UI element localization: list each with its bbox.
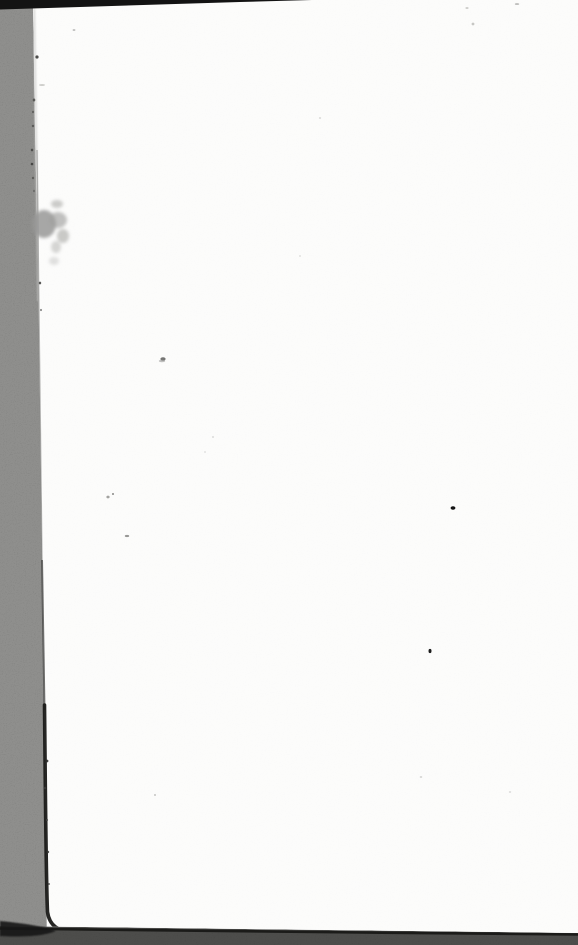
dust-speck: [154, 794, 156, 796]
scan-image: [0, 0, 578, 945]
dust-speck: [465, 7, 468, 9]
dust-speck: [35, 55, 38, 58]
dust-speck: [39, 84, 45, 86]
dust-speck: [204, 451, 206, 453]
dust-speck: [509, 791, 511, 793]
dust-speck: [429, 649, 432, 653]
dust-speck: [212, 436, 214, 438]
dust-speck: [33, 190, 35, 192]
dust-speck: [472, 23, 475, 26]
dust-speck: [515, 3, 519, 5]
dust-speck: [40, 309, 42, 311]
dust-speck: [106, 496, 109, 499]
dust-speck: [125, 535, 129, 537]
paper-texture: [0, 0, 578, 945]
dust-speck: [299, 255, 301, 257]
dust-speck: [451, 506, 456, 509]
dust-speck: [319, 117, 321, 119]
dust-speck: [32, 125, 34, 127]
dust-speck: [112, 493, 114, 495]
dust-speck: [159, 360, 165, 362]
dust-speck: [32, 111, 34, 113]
dust-speck: [31, 149, 33, 152]
smudge-blob: [49, 257, 59, 265]
dust-speck: [44, 787, 46, 790]
dust-speck: [46, 760, 49, 763]
dust-speck: [31, 163, 34, 166]
smudge-blob: [51, 200, 63, 208]
smudge-blob: [51, 241, 61, 253]
dust-speck: [48, 883, 50, 885]
dust-speck: [39, 282, 41, 285]
dust-speck: [420, 776, 423, 778]
dust-speck: [46, 819, 48, 821]
smudge-blob: [57, 229, 69, 243]
dust-speck: [33, 99, 36, 102]
dust-speck: [73, 29, 76, 31]
dust-speck: [47, 851, 49, 853]
dust-speck: [32, 177, 34, 179]
scanned-book-page: [0, 0, 578, 945]
smudge-blob: [49, 212, 67, 228]
